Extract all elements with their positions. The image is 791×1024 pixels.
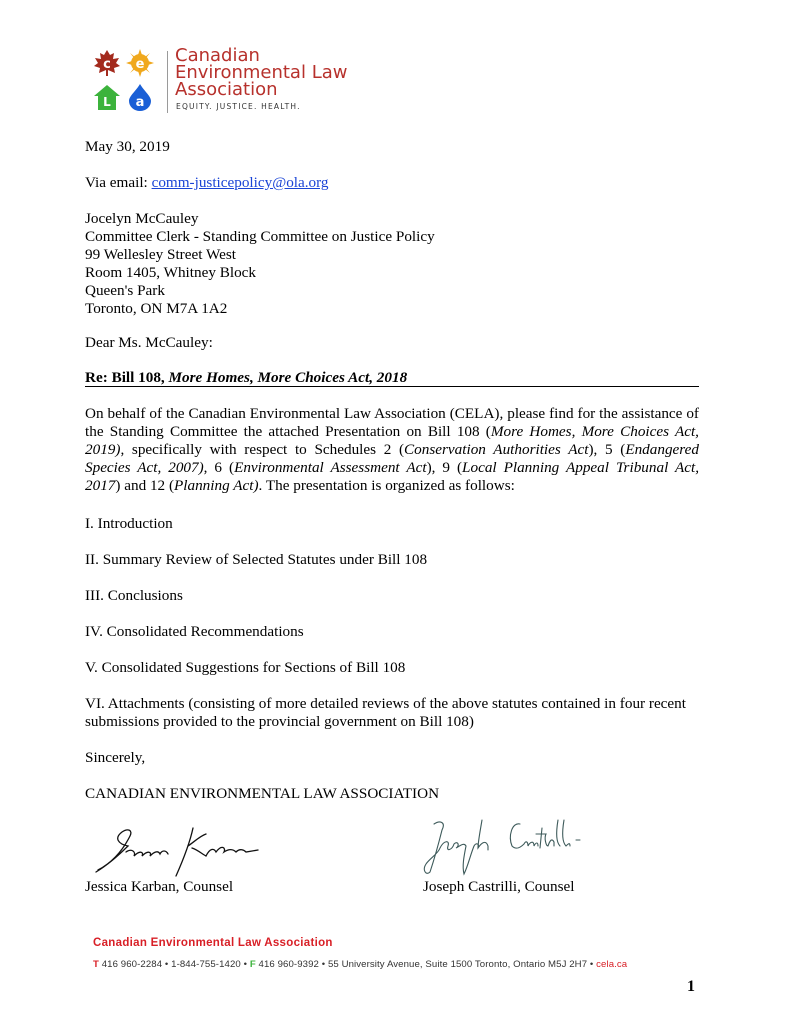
signatory-name: Joseph Castrilli, Counsel: [423, 878, 574, 896]
fax-and-address: 416 960-9392 • 55 University Avenue, Sui…: [256, 959, 596, 970]
signature-karban: [88, 822, 298, 878]
recipient-address: Jocelyn McCauley Committee Clerk - Stand…: [85, 210, 435, 318]
svg-text:a: a: [136, 95, 145, 110]
outline-item: V. Consolidated Suggestions for Sections…: [85, 659, 405, 677]
sun-icon: e: [126, 49, 154, 77]
org-tagline: EQUITY. JUSTICE. HEALTH.: [176, 102, 301, 111]
water-drop-icon: a: [126, 83, 154, 111]
outline-item: II. Summary Review of Selected Statutes …: [85, 551, 427, 569]
phone-numbers: 416 960-2284 • 1-844-755-1420 •: [99, 959, 250, 970]
outline-item: IV. Consolidated Recommendations: [85, 623, 304, 641]
maple-leaf-icon: c: [93, 49, 121, 77]
subject-prefix: Re: Bill 108,: [85, 369, 169, 386]
closing: Sincerely,: [85, 749, 145, 767]
outline-item-line: VI. Attachments (consisting of more deta…: [85, 695, 686, 713]
letter-date: May 30, 2019: [85, 138, 170, 156]
subject-title: More Homes, More Choices Act, 2018: [169, 369, 408, 386]
salutation: Dear Ms. McCauley:: [85, 334, 213, 352]
recipient-line: Room 1405, Whitney Block: [85, 264, 435, 282]
logo-divider: [167, 51, 168, 113]
svg-text:e: e: [136, 57, 145, 72]
outline-item: III. Conclusions: [85, 587, 183, 605]
subject-line: Re: Bill 108, More Homes, More Choices A…: [85, 369, 407, 387]
signatory-name: Jessica Karban, Counsel: [85, 878, 233, 896]
via-label: Via email:: [85, 174, 152, 191]
outline-item-line: submissions provided to the provincial g…: [85, 713, 686, 731]
act-title: Planning Act): [174, 477, 259, 494]
body-text: . The presentation is organized as follo…: [259, 477, 515, 494]
recipient-line: 99 Wellesley Street West: [85, 246, 435, 264]
page-number: 1: [687, 978, 695, 996]
via-email-line: Via email: comm-justicepolicy@ola.org: [85, 174, 329, 192]
act-title: Environmental Assessment Act: [234, 459, 427, 476]
org-name-line: Association: [175, 81, 347, 98]
subject-underline: [85, 386, 699, 387]
footer-contact-line: T 416 960-2284 • 1-844-755-1420 • F 416 …: [93, 959, 627, 970]
outline-item: VI. Attachments (consisting of more deta…: [85, 695, 686, 731]
footer-org-name: Canadian Environmental Law Association: [93, 937, 333, 949]
org-name: Canadian Environmental Law Association: [175, 47, 347, 98]
act-title: Conservation Authorities Act: [404, 441, 588, 458]
body-text: , 6 (: [204, 459, 234, 476]
recipient-line: Toronto, ON M7A 1A2: [85, 300, 435, 318]
recipient-line: Committee Clerk - Standing Committee on …: [85, 228, 435, 246]
svg-text:L: L: [103, 95, 111, 109]
outline-item: I. Introduction: [85, 515, 173, 533]
svg-text:c: c: [103, 57, 111, 72]
recipient-line: Queen's Park: [85, 282, 435, 300]
body-paragraph: On behalf of the Canadian Environmental …: [85, 405, 699, 495]
signature-castrilli: [420, 816, 600, 878]
body-text: ), 9 (: [427, 459, 462, 476]
house-icon: L: [93, 83, 121, 111]
body-text: ) and 12 (: [115, 477, 174, 494]
body-text: , specifically with respect to Schedules…: [120, 441, 404, 458]
website-link[interactable]: cela.ca: [596, 959, 627, 970]
body-text: ), 5 (: [588, 441, 625, 458]
email-link[interactable]: comm-justicepolicy@ola.org: [152, 174, 329, 191]
signature-org: CANADIAN ENVIRONMENTAL LAW ASSOCIATION: [85, 785, 439, 803]
logo-emblem: c e L a: [90, 47, 160, 113]
recipient-line: Jocelyn McCauley: [85, 210, 435, 228]
letterhead-logo: c e L a Canadian Environmental Law Assoc…: [90, 47, 350, 117]
